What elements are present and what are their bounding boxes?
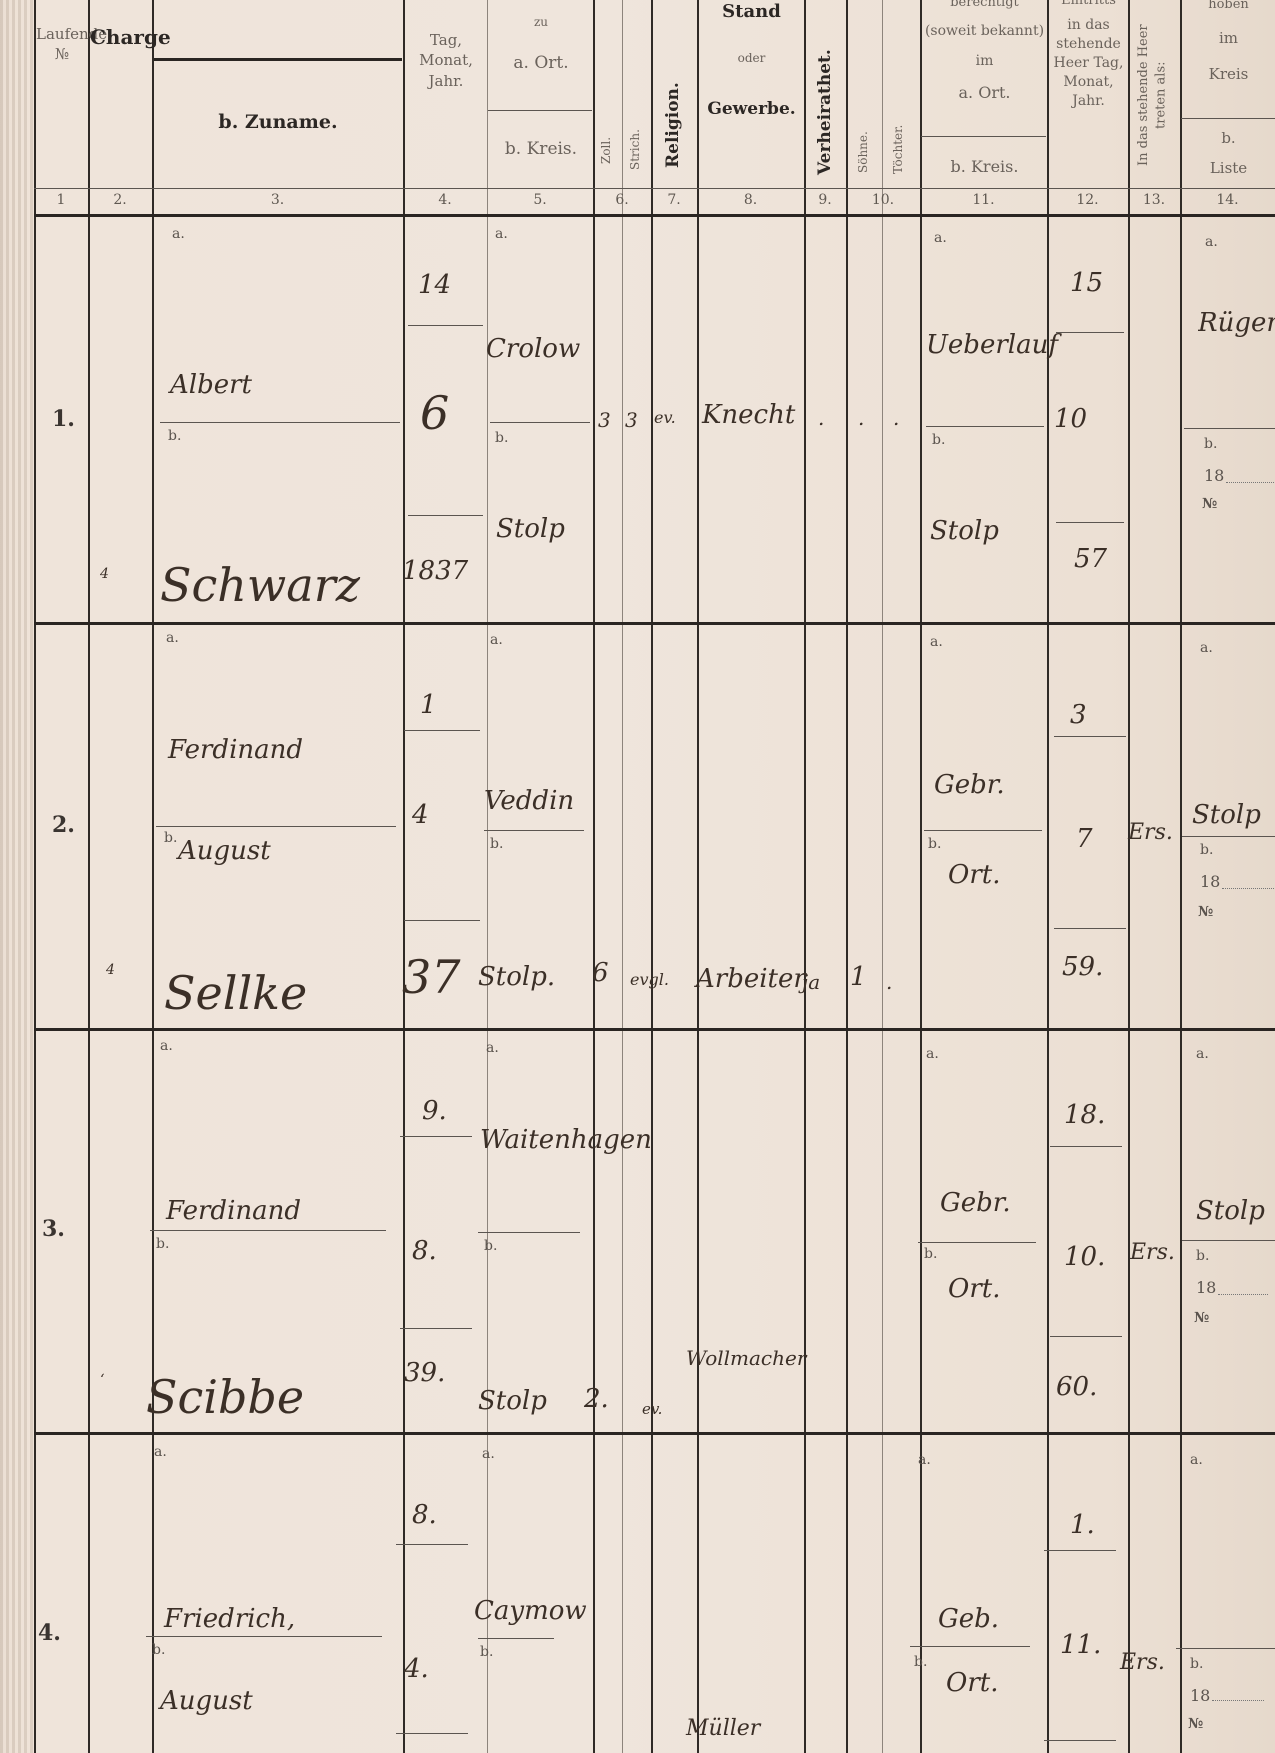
label-18: 18 (1190, 1686, 1210, 1705)
residence-place: Gebr. (940, 1188, 1011, 1218)
rule (1054, 736, 1126, 737)
rule (400, 1328, 472, 1329)
rule (1056, 332, 1124, 333)
entry-day: 1. (1070, 1510, 1095, 1540)
header-stand: Stand (699, 0, 804, 24)
rule (1181, 118, 1275, 119)
residence-place: Geb. (938, 1604, 999, 1634)
label-b: b. (928, 836, 941, 852)
birth-month: 6 (420, 386, 449, 440)
rule (1050, 1336, 1122, 1337)
column-number: 14. (1180, 192, 1275, 208)
header-birth-place: a. Ort. (489, 52, 593, 75)
birth-day: 1 (420, 690, 437, 720)
second-name: August (160, 1686, 253, 1716)
rule (396, 1733, 468, 1734)
rule (697, 0, 699, 1753)
rule (1182, 1240, 1275, 1241)
religion: ev. (654, 408, 676, 427)
entry-year: 57 (1074, 544, 1107, 574)
rule (154, 58, 402, 61)
height-zoll: 3 (598, 408, 611, 432)
birth-day: 8. (412, 1500, 437, 1530)
birth-year: 37 (402, 950, 461, 1004)
surname: Schwarz (160, 558, 360, 612)
header-zuname: b. Zuname. (154, 110, 402, 136)
rule (1180, 0, 1182, 1753)
column-number: 9. (804, 192, 846, 208)
rule (396, 1544, 468, 1545)
label-18: 18 (1196, 1278, 1216, 1297)
charge-mark: 4 (106, 962, 115, 978)
header-birth-date: Tag, Monat, Jahr. (405, 30, 487, 91)
label-b: b. (480, 1644, 493, 1660)
row-separator (34, 622, 1275, 625)
rule (622, 0, 623, 1753)
rule (478, 1638, 554, 1639)
rule (484, 830, 584, 831)
rule (882, 0, 883, 1753)
rule (1184, 428, 1275, 429)
rule (1044, 1550, 1116, 1551)
birth-month: 4. (404, 1654, 429, 1684)
religion: ev. (642, 1400, 662, 1418)
residence-district: Ort. (946, 1668, 998, 1698)
column-number: 5. (487, 192, 593, 208)
lifted-place: Rügenwalde (1198, 308, 1275, 338)
label-a: a. (160, 1038, 173, 1054)
row-number: 4. (38, 1620, 61, 1646)
residence-district: Ort. (948, 860, 1000, 890)
row-number: 1. (52, 406, 75, 432)
rule (846, 0, 848, 1753)
label-a: a. (154, 1444, 167, 1460)
header-im-kreis: im (1182, 28, 1275, 48)
entry-year: 59. (1062, 952, 1103, 982)
rule (34, 0, 36, 1753)
rule (1054, 928, 1126, 929)
dotted-line (1212, 1700, 1264, 1701)
row-number: 2. (52, 812, 75, 838)
residence-district: Ort. (948, 1274, 1000, 1304)
rule (408, 325, 483, 326)
label-a: a. (1200, 640, 1213, 656)
header-enters-as: In das stehende Heer treten als: (1135, 10, 1175, 180)
height-zoll: 6 (592, 958, 609, 988)
label-b: b. (484, 1238, 497, 1254)
birth-place: Caymow (474, 1596, 587, 1626)
birth-month: 4 (412, 800, 429, 830)
rule (593, 0, 595, 1753)
label-a: a. (166, 630, 179, 646)
rule (403, 0, 405, 1753)
label-b: b. (1200, 842, 1213, 858)
birth-day: 9. (422, 1096, 447, 1126)
label-a: a. (486, 1040, 499, 1056)
entry-month: 7 (1076, 824, 1093, 854)
column-number: 2. (88, 192, 152, 208)
header-oder: oder (699, 50, 804, 66)
rule (404, 920, 480, 921)
rule (487, 0, 488, 1753)
entry-month: 11. (1060, 1630, 1101, 1660)
enters-as: Ers. (1120, 1650, 1165, 1675)
label-b: b. (932, 432, 945, 448)
label-b: b. (168, 428, 181, 444)
married: . (818, 406, 824, 430)
entry-year: 60. (1056, 1372, 1097, 1402)
label-a: a. (172, 226, 185, 242)
entry-month: 10 (1054, 404, 1087, 434)
column-number: 8. (697, 192, 804, 208)
header-laufende-nr: Laufende № (36, 24, 88, 65)
entry-day: 15 (1070, 268, 1103, 298)
rule (152, 0, 154, 1753)
height-strich: 3 (625, 408, 638, 432)
label-a: a. (934, 230, 947, 246)
label-18: 18 (1200, 872, 1220, 891)
sons: . (858, 406, 864, 430)
birth-year: 39. (404, 1358, 445, 1388)
label-a: a. (1205, 234, 1218, 250)
label-a: a. (482, 1446, 495, 1462)
label-a: a. (490, 632, 503, 648)
rule (924, 830, 1042, 831)
rule (918, 1242, 1036, 1243)
column-number: 4. (403, 192, 487, 208)
label-number: № (1202, 496, 1217, 512)
entry-day: 3 (1070, 700, 1087, 730)
header-b: b. (1182, 128, 1275, 148)
label-b: b. (1196, 1248, 1209, 1264)
label-number: № (1194, 1310, 1209, 1326)
birth-district: Stolp. (478, 962, 555, 992)
rule (156, 826, 396, 827)
row-separator (34, 1028, 1275, 1031)
entry-day: 18. (1064, 1100, 1105, 1130)
rule (146, 1636, 382, 1637)
header-charge: Charge (90, 24, 152, 51)
label-a: a. (1190, 1452, 1203, 1468)
rule (150, 1230, 386, 1231)
birth-district: Stolp (496, 514, 565, 544)
rule (910, 1646, 1030, 1647)
rule (1128, 0, 1130, 1753)
rule (921, 136, 1046, 137)
header-entry-date: in das stehende Heer Tag, Monat, Jahr. (1049, 16, 1128, 110)
dotted-line (1218, 1294, 1268, 1295)
label-b: b. (914, 1654, 927, 1670)
married: ja (802, 970, 820, 994)
surname: Müller (686, 1716, 760, 1741)
column-number: 6. (593, 192, 651, 208)
header-strich: Strich. (627, 120, 649, 180)
label-b: b. (164, 830, 177, 846)
birth-place: Waitenhagen (480, 1120, 590, 1162)
occupation: Arbeiter (696, 964, 806, 994)
header-im: im (922, 52, 1047, 71)
charge-mark: ‘ (100, 1372, 104, 1388)
header-zu: zu (489, 14, 593, 30)
label-b: b. (1204, 436, 1217, 452)
header-eintritts: Eintritts (1049, 0, 1128, 10)
label-b: b. (924, 1246, 937, 1262)
rule (804, 0, 806, 1753)
header-hoben: hoben (1182, 0, 1275, 14)
label-number: № (1188, 1716, 1203, 1732)
label-b: b. (495, 430, 508, 446)
rule (160, 422, 400, 423)
rule (1056, 522, 1124, 523)
column-number: 13. (1128, 192, 1180, 208)
label-a: a. (495, 226, 508, 242)
header-liste: Liste (1182, 158, 1275, 178)
label-a: a. (918, 1452, 931, 1468)
lifted-place: Stolp (1192, 800, 1275, 830)
daughters: . (886, 970, 892, 994)
surname: Scibbe (146, 1370, 304, 1424)
birth-place: Crolow (486, 334, 580, 364)
charge-mark: 4 (100, 566, 109, 582)
sons: 1 (850, 962, 867, 992)
occupation: Wollmacher (686, 1340, 796, 1376)
header-toechter: Töchter. (890, 118, 912, 180)
rule (920, 0, 922, 1753)
lifted-place: Stolp (1196, 1196, 1275, 1226)
first-name: Albert (170, 370, 252, 400)
header-residence-place: a. Ort. (922, 82, 1047, 104)
residence-place: Gebr. (934, 770, 1005, 800)
header-berechtigt: berechtigt (922, 0, 1047, 12)
surname: Sellke (164, 966, 307, 1020)
rule (408, 515, 483, 516)
label-b: b. (152, 1642, 165, 1658)
enters-as: Ers. (1130, 1240, 1175, 1265)
row-separator (34, 1432, 1275, 1435)
occupation: Knecht (702, 400, 795, 430)
header-verheirathet: Verheirathet. (814, 40, 840, 185)
label-b: b. (156, 1236, 169, 1252)
label-b: b. (1190, 1656, 1203, 1672)
rule (926, 426, 1044, 427)
entry-month: 10. (1064, 1242, 1105, 1272)
residence-district: Stolp (930, 516, 999, 546)
header-soweit-bekannt: (soweit bekannt) (922, 22, 1047, 41)
header-kreis: Kreis (1182, 64, 1275, 84)
rule (1050, 1146, 1122, 1147)
rule (1044, 1740, 1116, 1741)
label-18: 18 (1204, 466, 1224, 485)
rule (88, 0, 90, 1753)
residence-place: Ueberlauf (926, 330, 1058, 360)
label-a: a. (930, 634, 943, 650)
enters-as: Ers. (1128, 820, 1173, 845)
rule (1182, 836, 1275, 837)
column-number: 12. (1047, 192, 1128, 208)
birth-place: Veddin (484, 786, 574, 816)
first-name: Friedrich, (164, 1604, 295, 1634)
rule (34, 188, 1275, 189)
first-name: Ferdinand (168, 735, 303, 765)
second-name: August (178, 836, 271, 866)
label-number: № (1198, 904, 1213, 920)
birth-day: 14 (418, 270, 451, 300)
dotted-line (1226, 482, 1274, 483)
header-residence-district: b. Kreis. (922, 156, 1047, 178)
rule (651, 0, 653, 1753)
dotted-line (1222, 888, 1274, 889)
rule (490, 422, 590, 423)
birth-year: 1837 (402, 556, 468, 586)
rule (1047, 0, 1049, 1753)
birth-month: 8. (412, 1236, 437, 1266)
rule (34, 214, 1275, 217)
book-page-edges (0, 0, 34, 1753)
label-a: a. (1196, 1046, 1209, 1062)
row-number: 3. (42, 1216, 65, 1242)
header-religion: Religion. (662, 70, 688, 180)
label-b: b. (490, 836, 503, 852)
column-number: 7. (651, 192, 697, 208)
rule (488, 110, 592, 111)
column-number: 3. (152, 192, 403, 208)
header-gewerbe: Gewerbe. (699, 98, 804, 121)
header-birth-district: b. Kreis. (489, 138, 593, 161)
header-soehne: Söhne. (855, 125, 877, 180)
rule (478, 1232, 580, 1233)
rule (1176, 1648, 1275, 1649)
header-zoll: Zoll. (598, 120, 620, 180)
column-number: 10. (846, 192, 920, 208)
religion: evgl. (630, 970, 669, 989)
rule (404, 730, 480, 731)
column-number: 1 (34, 192, 88, 208)
register-page: Laufende № Charge b. Zuname. Tag, Monat,… (0, 0, 1275, 1753)
birth-district: Stolp (478, 1386, 547, 1416)
first-name: Ferdinand (166, 1196, 301, 1226)
label-a: a. (926, 1046, 939, 1062)
height-zoll: 2. (584, 1384, 609, 1414)
daughters: . (893, 406, 899, 430)
column-number: 11. (920, 192, 1047, 208)
rule (400, 1136, 472, 1137)
